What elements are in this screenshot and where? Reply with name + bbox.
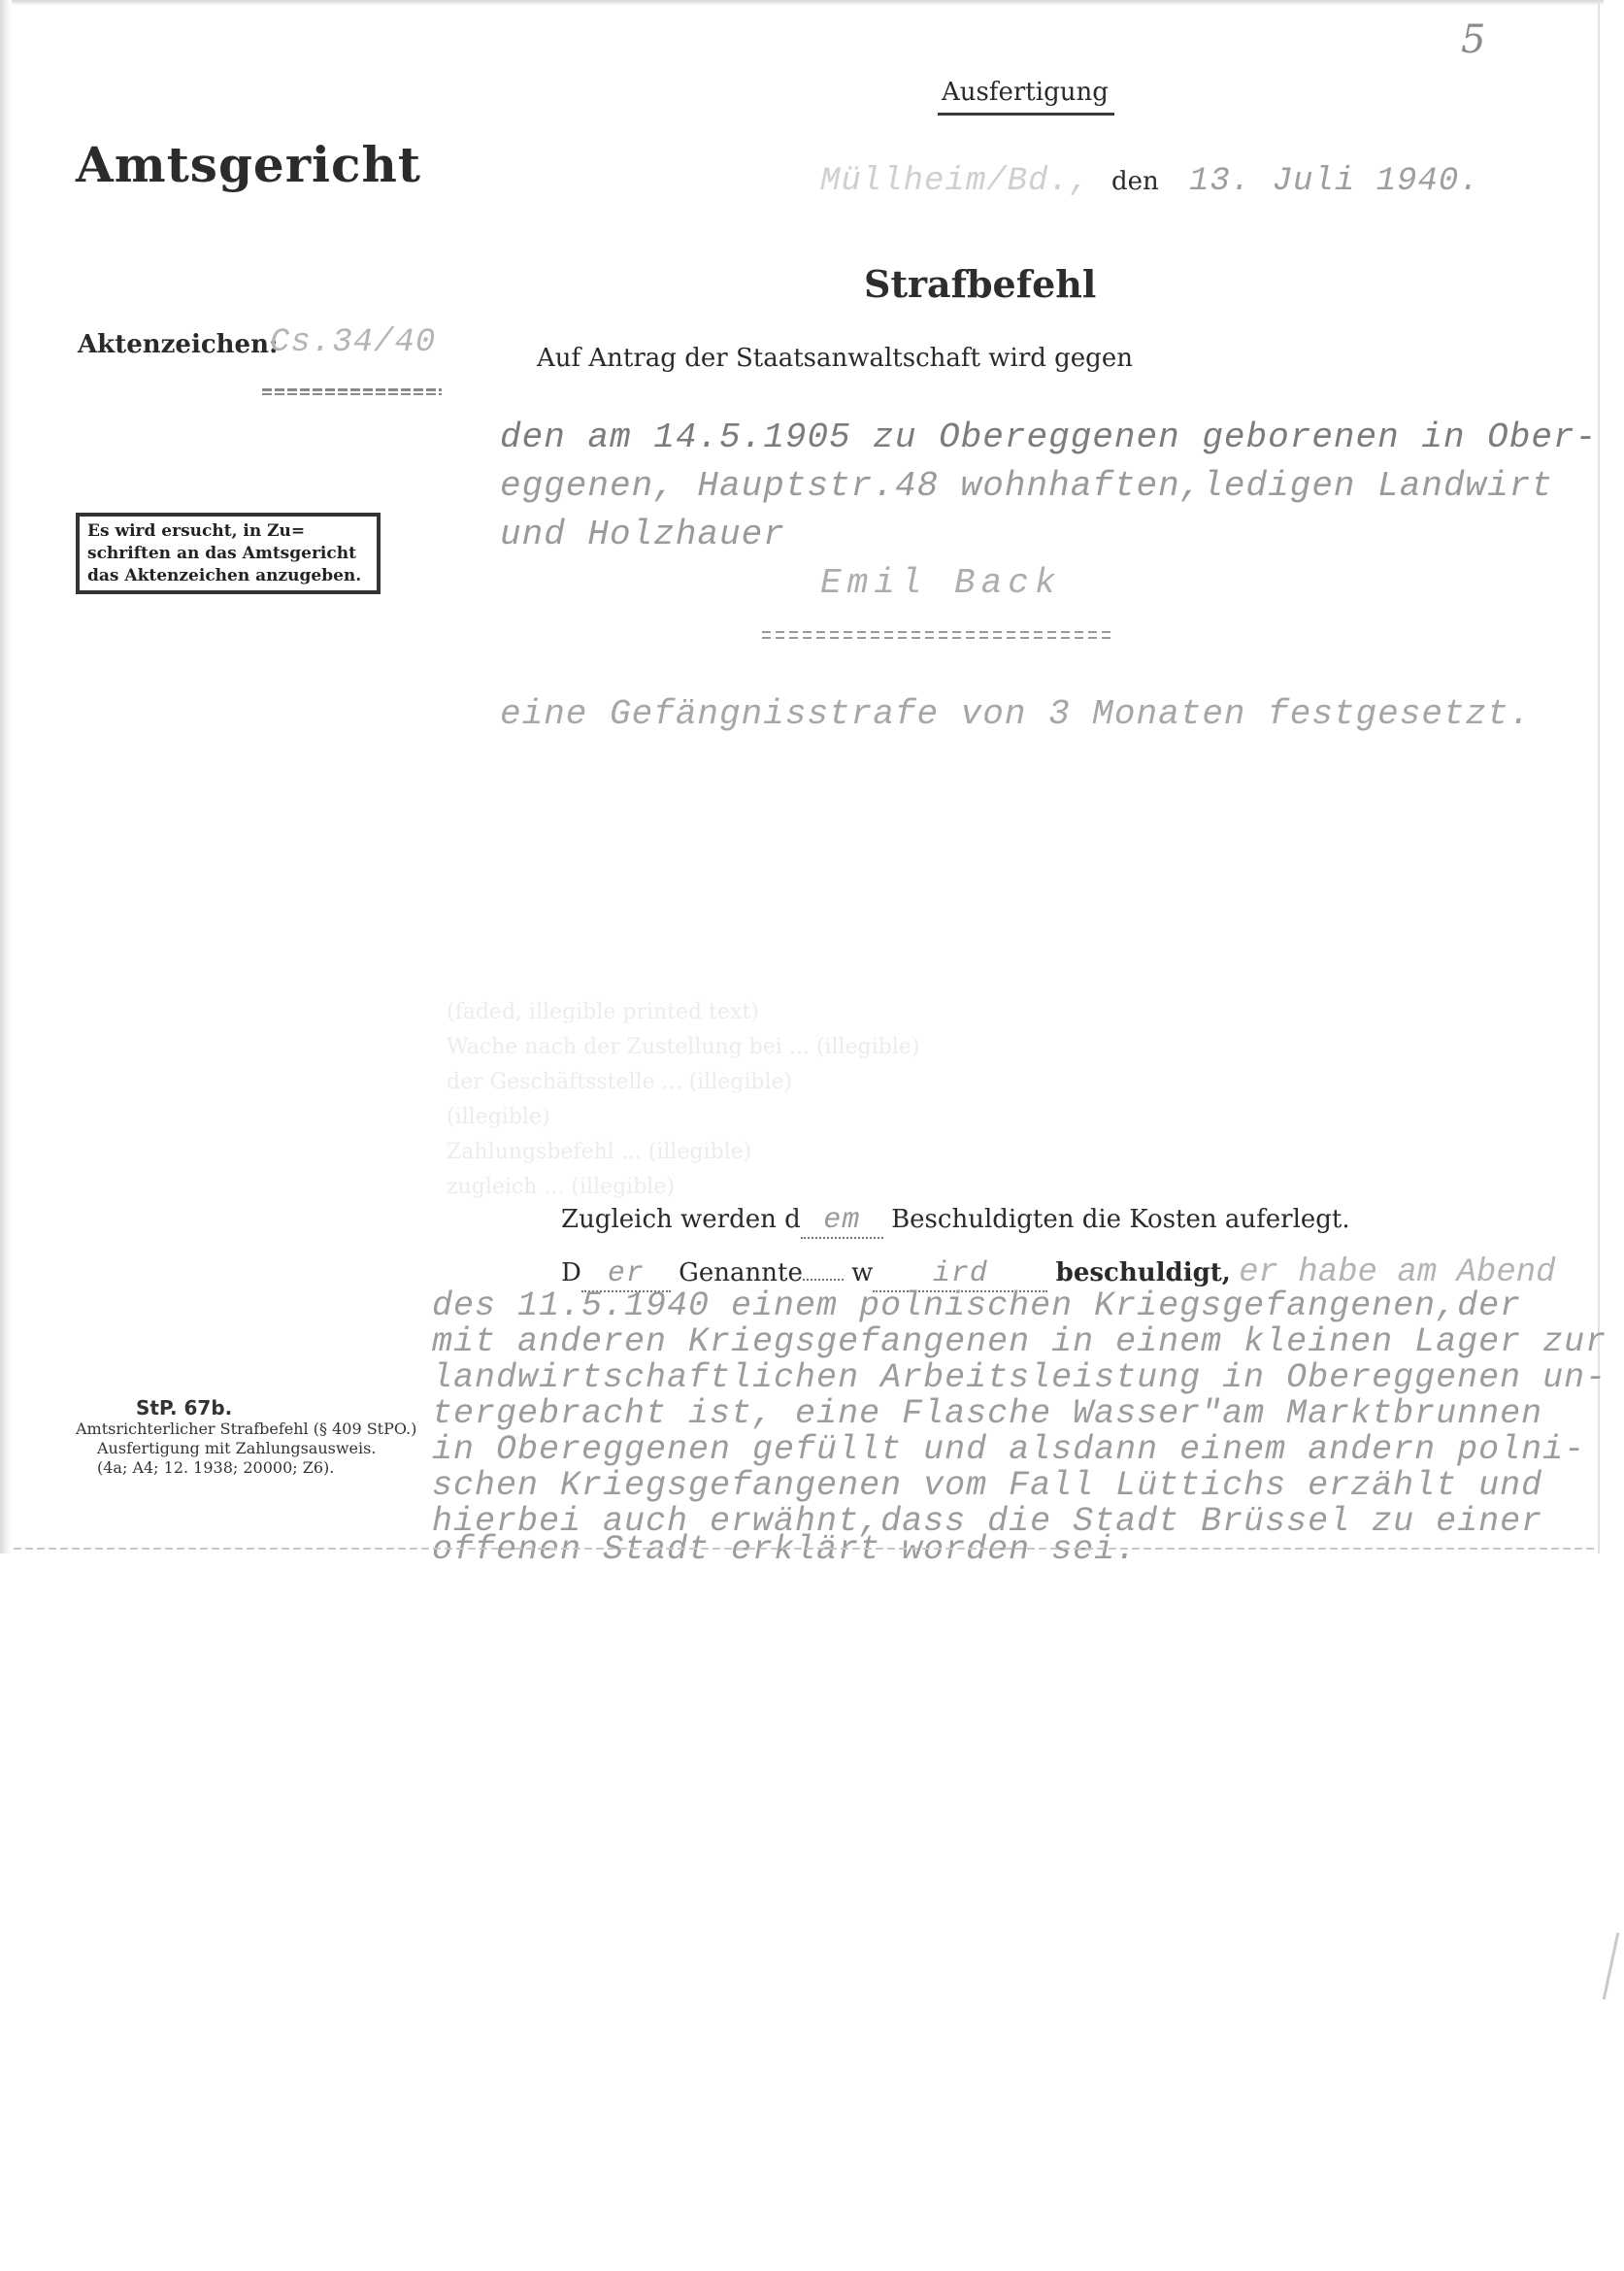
scan-edge-right — [1598, 0, 1600, 1553]
costs-prefix: Zugleich werden d — [561, 1205, 801, 1234]
charge-text-line: tergebracht ist, eine Flasche Wasser"am … — [432, 1394, 1542, 1433]
date-connector: den — [1111, 167, 1159, 196]
page-fold-line — [14, 1548, 1596, 1550]
faded-line: (faded, illegible printed text) — [447, 995, 1592, 1030]
scan-edge-top — [12, 0, 1604, 6]
charge-fill-1: er — [608, 1257, 645, 1290]
charge-fill-2: ird — [933, 1257, 988, 1290]
charge-text-line: schen Kriegsgefangenen vom Fall Lüttichs… — [432, 1466, 1542, 1505]
notice-line: Es wird ersucht, in Zu= — [87, 520, 369, 543]
sentence: eine Gefängnisstrafe von 3 Monaten festg… — [500, 694, 1531, 734]
document-page: 5 Ausfertigung Amtsgericht Müllheim/Bd.,… — [0, 0, 1624, 2271]
faded-line: der Geschäftsstelle ... (illegible) — [447, 1065, 1592, 1100]
costs-fill-field: em — [801, 1204, 883, 1239]
charge-text-line: offenen Stadt erklärt worden sei. — [432, 1530, 1137, 1569]
defendant-line: eggenen, Hauptstr.48 wohnhaften,ledigen … — [500, 466, 1553, 506]
form-code: StP. 67b. — [136, 1396, 232, 1419]
charge-d: D — [561, 1258, 581, 1287]
copy-label-underline — [938, 113, 1114, 116]
name-underline — [762, 637, 1111, 639]
faded-text-block: (faded, illegible printed text) Wache na… — [447, 995, 1592, 1205]
document-title: Strafbefehl — [864, 262, 1096, 306]
faded-line: (illegible) — [447, 1100, 1592, 1135]
notice-line: schriften an das Amtsgericht — [87, 543, 369, 565]
charge-text-line: landwirtschaftlichen Arbeitsleistung in … — [432, 1358, 1607, 1397]
defendant-line: den am 14.5.1905 zu Obereggenen geborene… — [500, 417, 1597, 457]
notice-box: Es wird ersucht, in Zu= schriften an das… — [76, 513, 381, 594]
charge-text-line: in Obereggenen gefüllt und alsdann einem… — [432, 1430, 1585, 1469]
form-footer-line: Ausfertigung mit Zahlungsausweis. — [97, 1439, 376, 1457]
date: 13. Juli 1940. — [1189, 163, 1480, 200]
form-footer-line: Amtsrichterlicher Strafbefehl (§ 409 StP… — [76, 1419, 416, 1438]
costs-suffix: Beschuldigten die Kosten auferlegt. — [891, 1205, 1350, 1234]
costs-line: Zugleich werden dem Beschuldigten die Ko… — [561, 1204, 1350, 1239]
defendant-name: Emil Back — [820, 563, 1061, 603]
file-ref-underline — [262, 388, 442, 391]
faded-line: Zahlungsbefehl ... (illegible) — [447, 1135, 1592, 1170]
charge-beschuldigt: beschuldigt, — [1056, 1258, 1231, 1287]
charge-text-line: mit anderen Kriegsgefangenen in einem kl… — [432, 1322, 1607, 1361]
name-underline — [762, 631, 1111, 633]
copy-label: Ausfertigung — [942, 78, 1109, 107]
charge-genannte: Genannte — [679, 1258, 803, 1287]
faded-line: Wache nach der Zustellung bei ... (illeg… — [447, 1030, 1592, 1065]
page-number: 5 — [1461, 17, 1485, 62]
charge-w: w — [851, 1258, 873, 1287]
place: Müllheim/Bd., — [820, 163, 1090, 200]
faded-line: zugleich ... (illegible) — [447, 1170, 1592, 1205]
scan-edge-left — [0, 0, 12, 1553]
charge-dots — [803, 1279, 844, 1281]
charge-text-line: des 11.5.1940 einem polnischen Kriegsgef… — [432, 1286, 1521, 1325]
form-footer-line: (4a; A4; 12. 1938; 20000; Z6). — [97, 1458, 334, 1477]
intro-text: Auf Antrag der Staatsanwaltschaft wird g… — [537, 344, 1133, 373]
notice-line: das Aktenzeichen anzugeben. — [87, 565, 369, 587]
costs-fill: em — [823, 1204, 860, 1237]
file-ref-value: Cs.34/40 — [270, 324, 436, 361]
court-heading: Amtsgericht — [76, 136, 421, 193]
defendant-line: und Holzhauer — [500, 515, 785, 554]
scan-mark — [1603, 1932, 1619, 1999]
file-ref-label: Aktenzeichen: — [78, 330, 279, 359]
